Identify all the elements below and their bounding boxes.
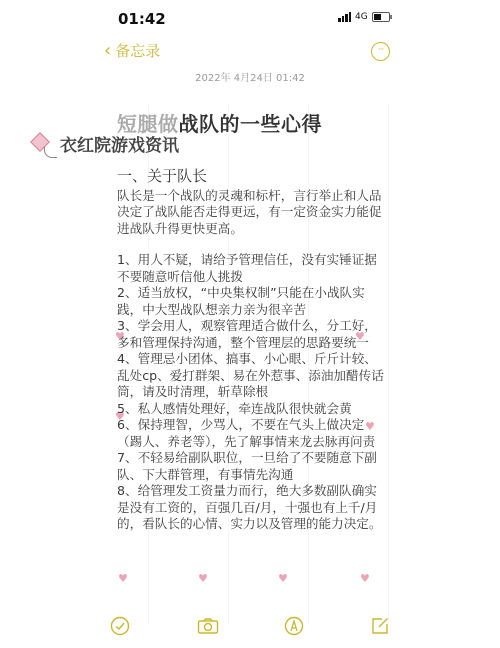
- list-item: 5、私人感情处理好，牵连战队很快就会黄: [117, 401, 387, 418]
- note-body: 一、关于队长 队长是一个战队的灵魂和标杆，言行举止和人品决定了战队能否走得更远，…: [117, 168, 387, 533]
- watermark-text: 衣红院游戏资讯: [60, 131, 179, 156]
- battery-icon: [372, 12, 390, 22]
- list-item: 2、适当放权，“中央集权制”只能在小战队实践，中大型战队想亲力亲为很辛苦: [117, 285, 387, 318]
- section-heading: 一、关于队长: [117, 168, 387, 185]
- more-options-icon: ···: [378, 45, 384, 55]
- camera-button[interactable]: [197, 616, 219, 636]
- back-button[interactable]: ‹ 备忘录: [104, 40, 160, 61]
- chevron-left-icon: ‹: [104, 42, 111, 60]
- markup-button[interactable]: [284, 616, 304, 636]
- list-item: 6、保持理智，少骂人，不要在气头上做决定（踢人、养老等），先了解事情来龙去脉再问…: [117, 417, 387, 450]
- signal-icon: [338, 12, 351, 22]
- status-bar: 01:42 4G: [0, 8, 500, 28]
- compose-button[interactable]: [370, 616, 390, 636]
- status-indicators: 4G: [338, 12, 390, 22]
- list-item: 1、用人不疑，请给予管理信任，没有实锤证据不要随意听信他人挑拨: [117, 252, 387, 285]
- heart-sticker: ♥: [198, 572, 208, 585]
- note-title-rest: 战队的一些心得: [179, 112, 323, 136]
- checklist-button[interactable]: [110, 616, 130, 636]
- note-date: 2022年 4月24日 01:42: [0, 69, 500, 84]
- kite-icon: [30, 133, 52, 155]
- network-type: 4G: [355, 12, 368, 22]
- list-item: 4、管理忌小团体、搞事、小心眼、斤斤计较、乱处cp、爱打群架、易在外惹事、添油加…: [117, 351, 387, 401]
- watermark: 衣红院游戏资讯: [30, 131, 179, 156]
- nav-bar: ‹ 备忘录 ···: [0, 40, 500, 66]
- pen-circle-icon: [284, 616, 304, 636]
- list-item: 8、给管理发工资量力而行，绝大多数副队确实是没有工资的，百强几百/月，十强也有上…: [117, 483, 387, 533]
- more-options-button[interactable]: ···: [371, 42, 390, 61]
- heart-sticker: ♥: [118, 572, 128, 585]
- list-item: 7、不轻易给副队职位，一旦给了不要随意下副队、下大群管理，有事情先沟通: [117, 450, 387, 483]
- heart-sticker: ♥: [278, 572, 288, 585]
- list-item: 3、学会用人，观察管理适合做什么，分工好，多和管理保持沟通，整个管理层的思路要统…: [117, 318, 387, 351]
- compose-icon: [370, 616, 390, 636]
- intro-paragraph: 队长是一个战队的灵魂和标杆，言行举止和人品决定了战队能否走得更远，有一定资金实力…: [117, 188, 387, 238]
- camera-icon: [197, 616, 219, 636]
- heart-sticker: ♥: [360, 572, 370, 585]
- bottom-toolbar: [0, 616, 500, 638]
- back-label: 备忘录: [115, 40, 160, 61]
- status-time: 01:42: [118, 10, 166, 28]
- checkmark-circle-icon: [110, 616, 130, 636]
